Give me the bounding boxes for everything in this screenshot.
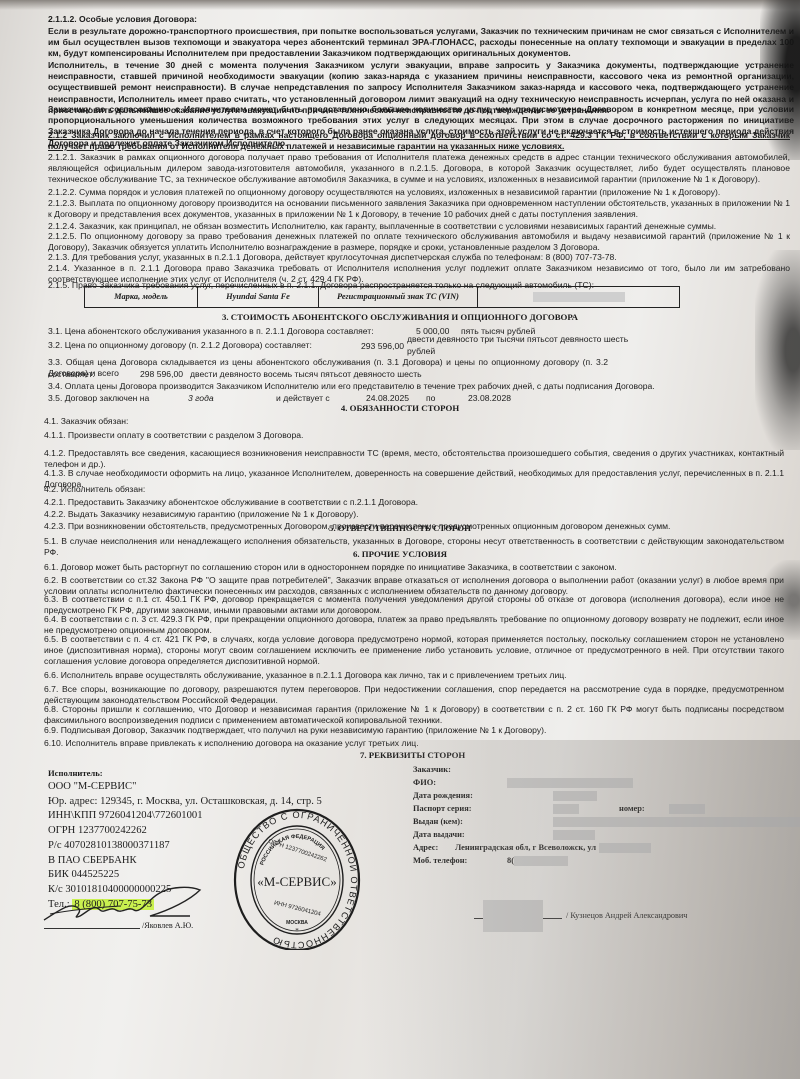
mobile-phone-label: Моб. телефон: bbox=[413, 854, 507, 867]
redacted-birth-date bbox=[553, 791, 597, 801]
make-label-cell: Марка, модель bbox=[85, 287, 198, 308]
birth-date-label: Дата рождения: bbox=[413, 789, 507, 802]
price-3-3-words: двести девяносто восемь тысяч пятьсот де… bbox=[190, 369, 422, 380]
redacted-vin bbox=[533, 292, 625, 302]
price-3-3-label-2: составляет: bbox=[48, 369, 95, 380]
customer-details: Заказчик: ФИО: Дата рождения: Паспорт се… bbox=[413, 763, 800, 867]
passport-number-label: номер: bbox=[619, 802, 669, 815]
section-2-1-2: 2.1.2 Заказчик заключил с Исполнителем в… bbox=[48, 130, 790, 152]
price-3-2-words-2: рублей bbox=[407, 346, 435, 357]
executor-signature-line bbox=[44, 928, 140, 929]
duty-4-2-2: 4.2.2. Выдать Заказчику независимую гара… bbox=[44, 509, 784, 520]
executor-name: ООО "М-СЕРВИС" bbox=[48, 780, 322, 795]
redacted-issued-by bbox=[553, 817, 800, 827]
executor-label: Исполнитель: bbox=[48, 768, 322, 780]
price-3-1-label: 3.1. Цена абонентского обслуживания указ… bbox=[48, 326, 448, 337]
duty-4-1: 4.1. Заказчик обязан: bbox=[44, 416, 784, 427]
duty-4-2-1: 4.2.1. Предоставить Заказчику абонентско… bbox=[44, 497, 784, 508]
section-2-1-1-2-title: 2.1.1.2. Особые условия Договора: bbox=[48, 14, 688, 25]
redacted-fio bbox=[507, 778, 633, 788]
section-6-title: 6. ПРОЧИЕ УСЛОВИЯ bbox=[0, 549, 800, 560]
term-6-6: 6.6. Исполнитель вправе осуществлять обс… bbox=[44, 670, 784, 681]
address-label: Адрес: bbox=[413, 841, 455, 854]
term-6-10: 6.10. Исполнитель вправе привлекать к ис… bbox=[44, 738, 784, 749]
term-6-5: 6.5. В соответствии с п. 4 ст. 421 ГК РФ… bbox=[44, 634, 784, 668]
term-6-4: 6.4. В соответствии с п. 3 ст. 429.3 ГК … bbox=[44, 614, 784, 636]
mobile-phone-prefix: 8( bbox=[507, 854, 514, 867]
vehicle-table: Марка, модель Hyundai Santa Fe Регистрац… bbox=[84, 286, 680, 308]
section-4-title: 4. ОБЯЗАННОСТИ СТОРОН bbox=[0, 403, 800, 414]
make-value-cell: Hyundai Santa Fe bbox=[198, 287, 319, 308]
redacted-passport-series bbox=[553, 804, 579, 814]
price-3-2-words: двести девяносто три тысячи пятьсот девя… bbox=[407, 334, 628, 345]
fio-label: ФИО: bbox=[413, 776, 507, 789]
term-6-3: 6.3. В соответствии с п.1 ст. 450.1 ГК Р… bbox=[44, 594, 784, 616]
term-6-1: 6.1. Договор может быть расторгнут по со… bbox=[44, 562, 784, 573]
duty-4-2: 4.2. Исполнитель обязан: bbox=[44, 484, 784, 495]
section-2-1-3: 2.1.3. Для требования услуг, указанных в… bbox=[48, 252, 790, 263]
vin-label-cell: Регистрационный знак ТС (VIN) bbox=[319, 287, 478, 308]
payment-3-4: 3.4. Оплата цены Договора производится З… bbox=[48, 381, 668, 392]
term-6-8: 6.8. Стороны пришли к соглашению, что До… bbox=[44, 704, 784, 726]
term-6-7: 6.7. Все споры, возникающие по договору,… bbox=[44, 684, 784, 706]
section-5-title: 5. ОТВЕТСТВЕННОСТЬ СТОРОН bbox=[0, 523, 800, 534]
section-2-1-1-2-para-1: Если в результате дорожно-транспортного … bbox=[48, 26, 794, 60]
photo-edge-shadow bbox=[0, 0, 800, 10]
customer-signatory: / Кузнецов Андрей Александрович bbox=[566, 911, 687, 922]
redacted-address bbox=[599, 843, 651, 853]
issue-date-label: Дата выдачи: bbox=[413, 828, 507, 841]
redacted-customer-signature bbox=[483, 900, 543, 932]
stamp-inn: ИНН 9726041204 bbox=[273, 900, 322, 918]
company-seal-stamp: ОБЩЕСТВО С ОГРАНИЧЕННОЙ ОТВЕТСТВЕННОСТЬЮ… bbox=[233, 800, 361, 950]
redacted-passport-number bbox=[669, 804, 705, 814]
section-3-title: 3. СТОИМОСТЬ АБОНЕНТСКОГО ОБСЛУЖИВАНИЯ И… bbox=[0, 312, 800, 323]
duty-4-1-1: 4.1.1. Произвести оплату в соответствии … bbox=[44, 430, 784, 441]
passport-series-label: Паспорт серия: bbox=[413, 802, 507, 815]
duty-4-1-2: 4.1.2. Предоставлять все сведения, касаю… bbox=[44, 448, 784, 470]
price-3-3-amount: 298 596,00 bbox=[140, 369, 183, 380]
section-2-1-2-1: 2.1.2.1. Заказчик в рамках опционного до… bbox=[48, 152, 790, 186]
executor-signature bbox=[40, 880, 210, 926]
customer-label: Заказчик: bbox=[413, 763, 800, 776]
stamp-city: МОСКВА bbox=[286, 920, 308, 926]
vin-value-cell bbox=[478, 287, 680, 308]
executor-signatory: /Яковлев А.Ю. bbox=[142, 921, 193, 932]
price-3-2-amount: 293 596,00 bbox=[361, 341, 404, 352]
section-2-1-2-3: 2.1.2.3. Выплата по опционному договору … bbox=[48, 198, 790, 220]
stamp-star-icon: * bbox=[295, 927, 299, 935]
table-row: Марка, модель Hyundai Santa Fe Регистрац… bbox=[85, 287, 680, 308]
section-2-1-2-2: 2.1.2.2. Сумма порядок и условия платеже… bbox=[48, 187, 790, 198]
stamp-company-name: «М-СЕРВИС» bbox=[257, 874, 336, 889]
section-2-1-2-5: 2.1.2.5. По опционному договору за право… bbox=[48, 231, 790, 253]
redacted-issue-date bbox=[553, 830, 595, 840]
term-6-9: 6.9. Подписывая Договор, Заказчик подтве… bbox=[44, 725, 784, 736]
section-7-title: 7. РЕКВИЗИТЫ СТОРОН bbox=[360, 750, 480, 761]
address-value: Ленинградская обл, г Всеволожск, ул bbox=[455, 841, 596, 854]
redacted-mobile-phone bbox=[514, 856, 568, 866]
issued-by-label: Выдан (кем): bbox=[413, 815, 507, 828]
